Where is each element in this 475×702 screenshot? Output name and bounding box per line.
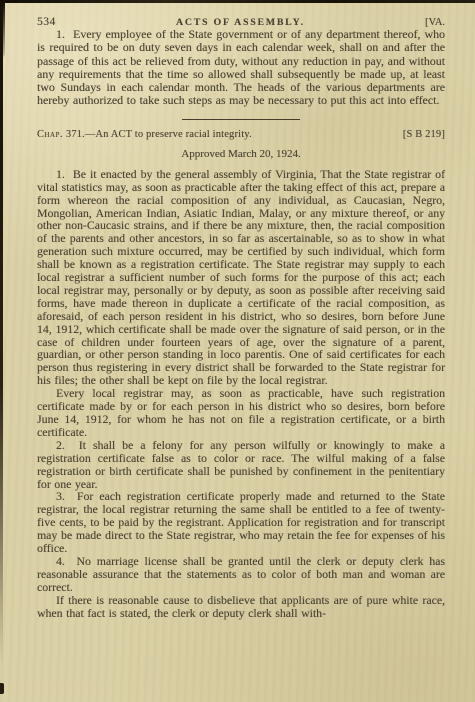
act-paragraph-6: If there is reasonable cause to disbelie…	[37, 594, 445, 620]
scan-edge-mark	[0, 683, 4, 694]
section-divider	[182, 119, 300, 120]
chapter-heading: Chap. 371.—An ACT to preserve racial int…	[37, 129, 445, 140]
act-paragraph-3: 2. It shall be a felony for any person w…	[37, 439, 445, 491]
act-paragraph-5: 4. No marriage license shall be granted …	[37, 555, 445, 594]
bill-number: [S B 219]	[403, 129, 445, 140]
act-paragraph-1: 1. Be it enacted by the general assembly…	[37, 168, 445, 387]
act-paragraph-2: Every local registrar may, as soon as pr…	[37, 387, 445, 439]
chapter-label: Chap.	[37, 129, 63, 140]
page-number: 534	[37, 16, 56, 28]
chapter-title: 371.—An ACT to preserve racial integrity…	[63, 129, 252, 140]
act-paragraph-4: 3. For each registration certificate pro…	[37, 490, 445, 555]
approval-line: Approved March 20, 1924.	[37, 148, 445, 160]
chapter-title-line: Chap. 371.—An ACT to preserve racial int…	[37, 129, 252, 140]
scanned-document-page: 534 ACTS OF ASSEMBLY. [VA. 1. Every empl…	[0, 0, 475, 702]
prior-act-paragraph: 1. Every employee of the State governmen…	[37, 28, 445, 108]
scan-edge-left	[0, 0, 3, 702]
page-content: 534 ACTS OF ASSEMBLY. [VA. 1. Every empl…	[37, 16, 445, 620]
scan-edge-corner	[0, 3, 5, 57]
scan-edge-top	[0, 0, 475, 3]
